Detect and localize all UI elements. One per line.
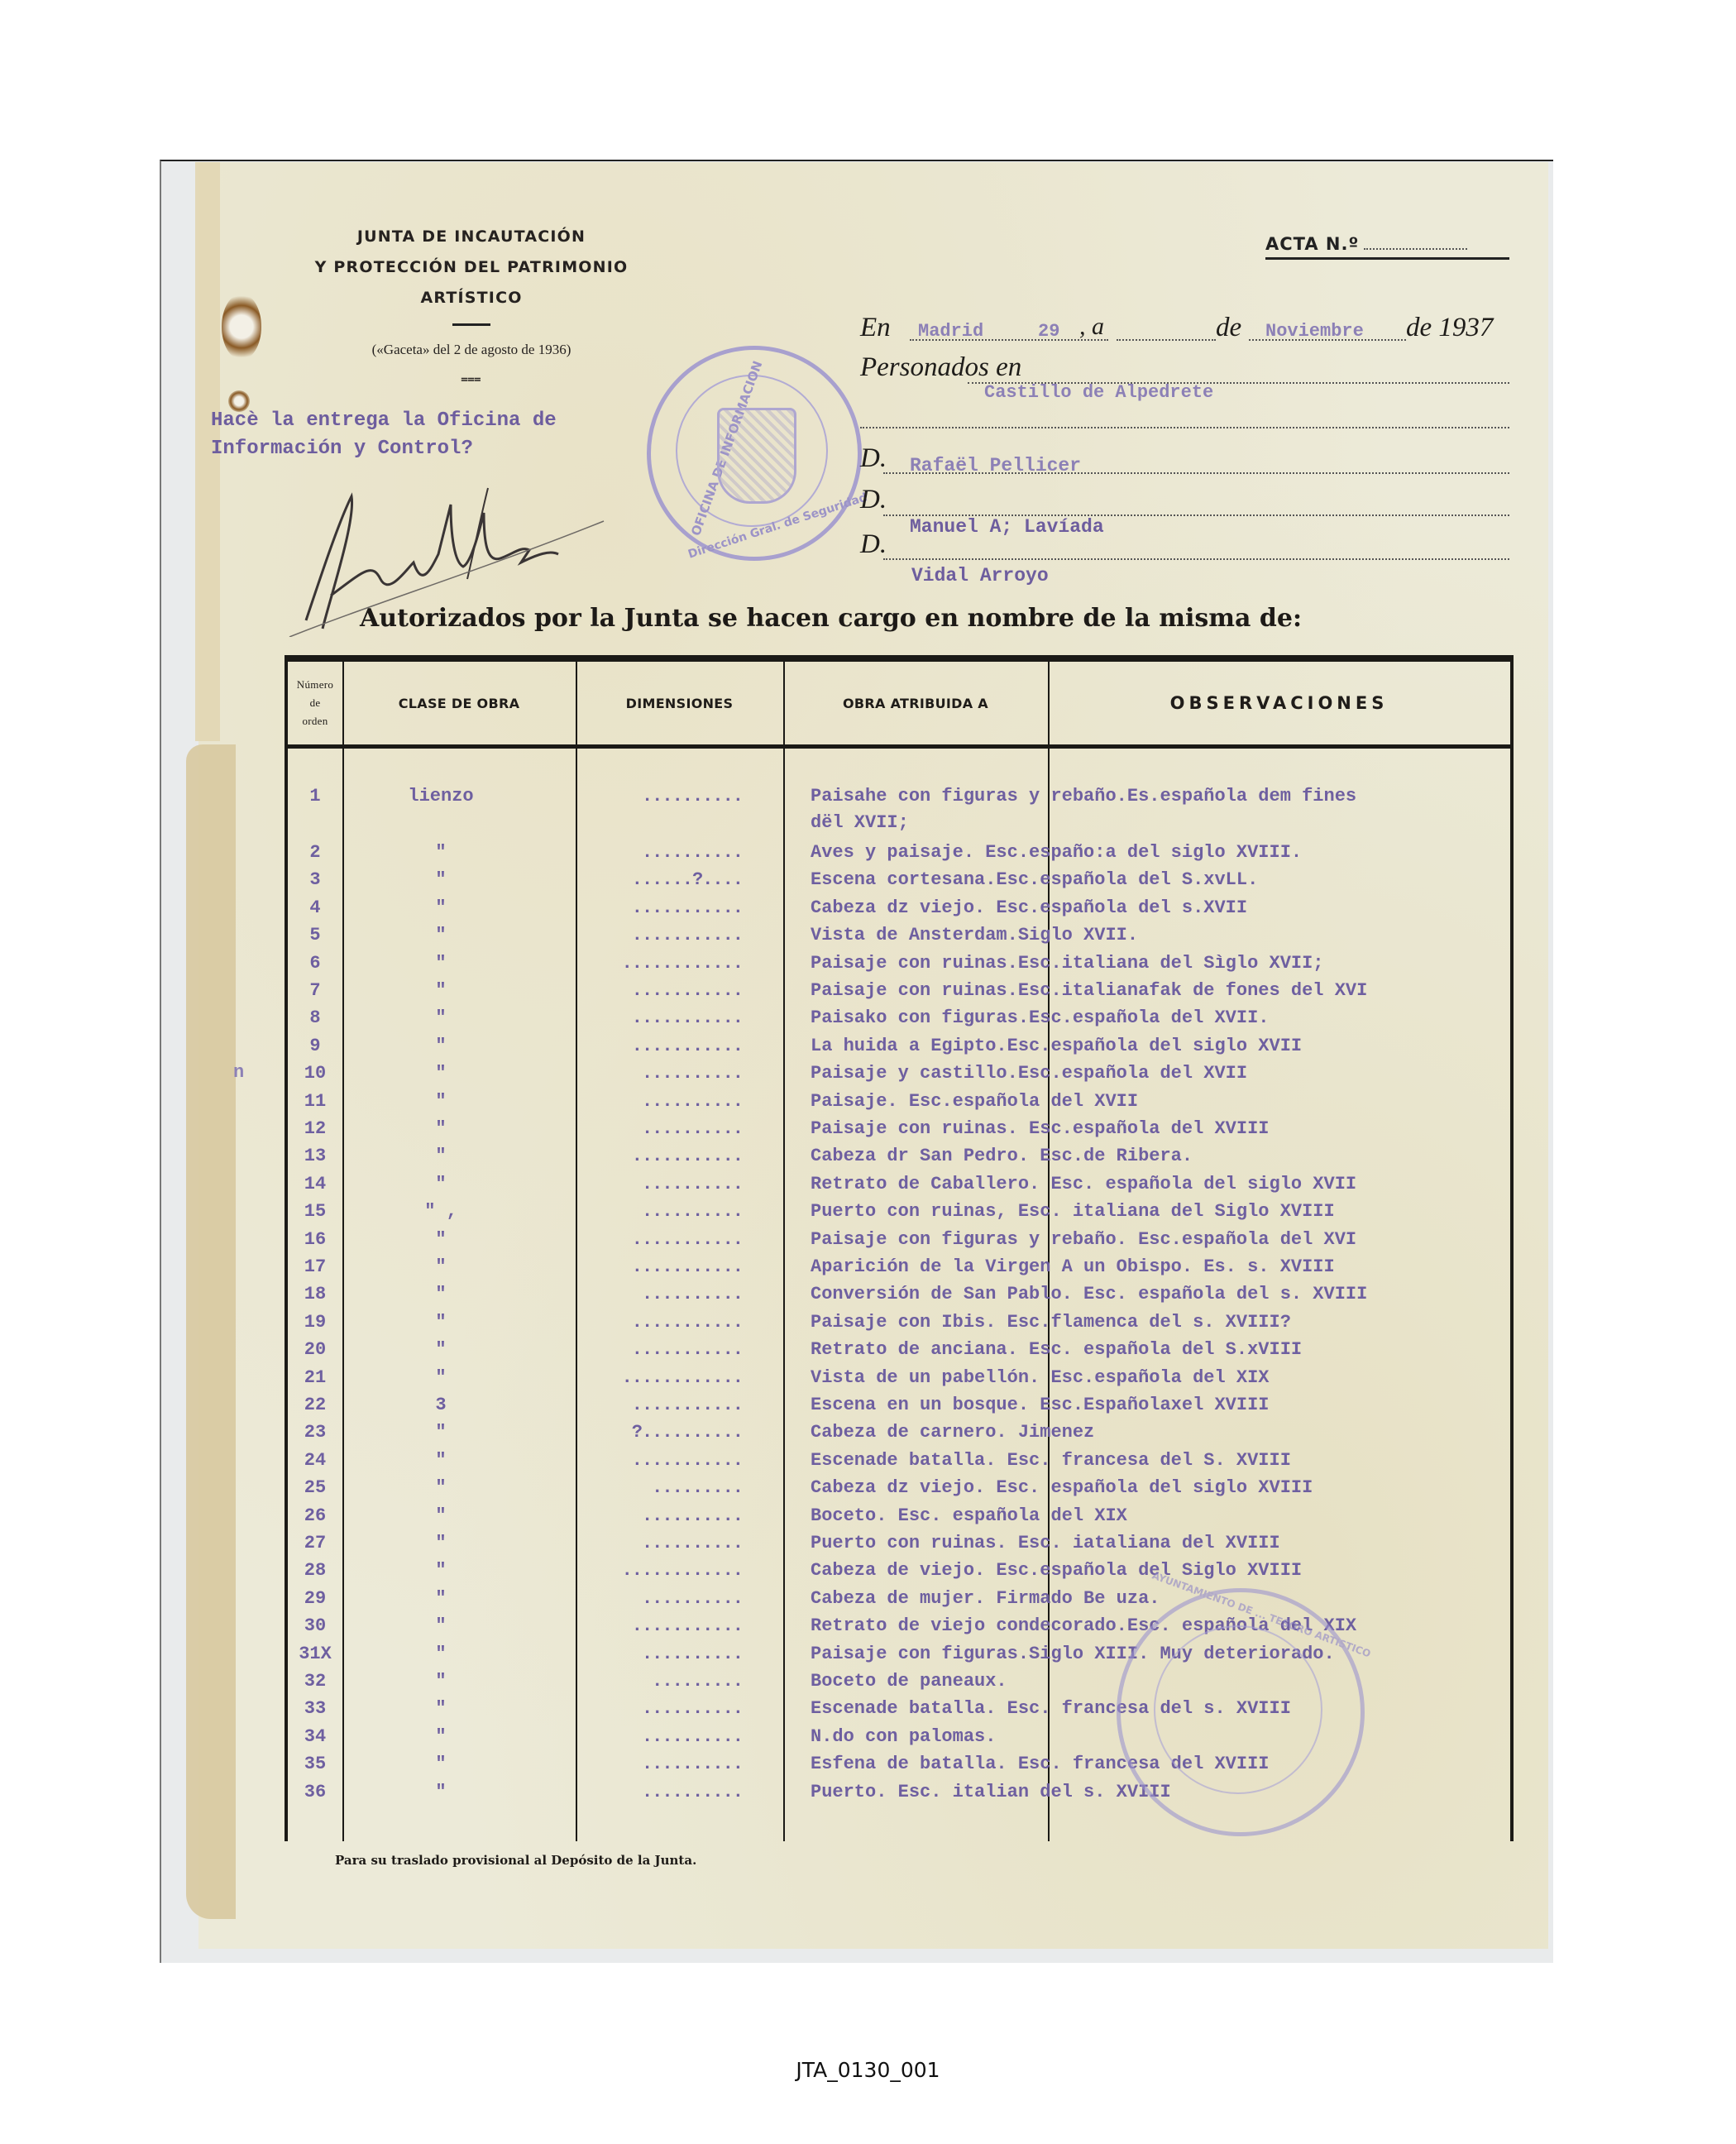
dimensiones: .........	[561, 1671, 743, 1692]
clase-de-obra: "	[346, 1367, 536, 1388]
clase-de-obra: "	[346, 1588, 536, 1609]
city-value: Madrid	[918, 321, 983, 342]
delivery-note: Hacè la entrega la Oficina de Informació…	[211, 407, 557, 463]
header-divider	[452, 323, 490, 326]
obra-atribuida: Cabeza dz viejo. Esc.española del s.XVII	[811, 897, 1505, 918]
row-number: 32	[288, 1671, 342, 1692]
column-divider-1	[342, 662, 344, 1841]
month-value: Noviembre	[1265, 321, 1364, 342]
obra-atribuida: Cabeza dr San Pedro. Esc.de Ribera.	[811, 1146, 1505, 1166]
person-1-prefix: D.	[860, 443, 887, 474]
clase-de-obra: "	[346, 953, 536, 974]
row-number: 36	[288, 1782, 342, 1802]
org-line-1: JUNTA DE INCAUTACIÓN	[273, 222, 670, 252]
person-1-name: Rafaël Pellicer	[910, 455, 1081, 476]
footer-note: Para su traslado provisional al Depósito…	[335, 1853, 696, 1868]
clase-de-obra: "	[346, 1256, 536, 1277]
row-number: 13	[288, 1146, 342, 1166]
dimensiones: ?..........	[561, 1422, 743, 1443]
dimensiones: ............	[561, 953, 743, 974]
dimensiones: ..........	[561, 1284, 743, 1304]
row-number: 19	[288, 1312, 342, 1333]
personados-place: Castillo de Alpedrete	[984, 382, 1213, 403]
clase-de-obra: "	[346, 842, 536, 863]
dimensiones: ...........	[561, 1339, 743, 1360]
obra-atribuida: Vista de un pabellón. Esc.española del X…	[811, 1367, 1505, 1388]
dimensiones: ..........	[561, 1644, 743, 1664]
clase-de-obra: "	[346, 925, 536, 945]
row-number: 16	[288, 1229, 342, 1250]
obra-atribuida-continued: dël XVII;	[811, 812, 1505, 833]
row-number: 29	[288, 1588, 342, 1609]
obra-atribuida: Puerto con ruinas, Esc. italiana del Sig…	[811, 1201, 1505, 1222]
obra-atribuida: Paisako con figuras.Esc.española del XVI…	[811, 1007, 1505, 1028]
en-label: En	[860, 313, 891, 343]
a-blank	[1117, 339, 1216, 341]
row-number: 10	[288, 1063, 342, 1084]
row-number: 28	[288, 1560, 342, 1581]
org-line-3: ARTÍSTICO	[273, 283, 670, 313]
row-number: 7	[288, 980, 342, 1001]
obra-atribuida: Aves y paisaje. Esc.españo:a del siglo X…	[811, 842, 1505, 863]
dimensiones: ......?....	[561, 869, 743, 890]
dimensiones: ...........	[561, 980, 743, 1001]
de-label: de	[1216, 313, 1241, 343]
row-number: 8	[288, 1007, 342, 1028]
clase-de-obra: 3	[346, 1395, 536, 1415]
obra-atribuida: Cabeza dz viejo. Esc. española del siglo…	[811, 1477, 1505, 1498]
person-3-name: Vidal Arroyo	[911, 565, 1049, 586]
dimensiones: ..........	[561, 1118, 743, 1139]
year-label: de 1937	[1406, 313, 1493, 343]
row-number: 34	[288, 1726, 342, 1747]
row-number: 12	[288, 1118, 342, 1139]
clase-de-obra: "	[346, 1450, 536, 1471]
torn-paper-edge	[186, 744, 236, 1919]
clase-de-obra: "	[346, 1698, 536, 1719]
obra-atribuida: Conversión de San Pablo. Esc. española d…	[811, 1284, 1505, 1304]
clase-de-obra: "	[346, 1229, 536, 1250]
obra-atribuida: Retrato de Caballero. Esc. española del …	[811, 1174, 1505, 1194]
acta-number-field: ACTA N.º	[1265, 234, 1509, 260]
clase-de-obra: "	[346, 1339, 536, 1360]
column-divider-2	[576, 662, 577, 1841]
dimensiones: ..........	[561, 1698, 743, 1719]
dimensiones: ..........	[561, 1754, 743, 1774]
clase-de-obra: "	[346, 1174, 536, 1194]
personados-blank-2	[860, 427, 1509, 428]
clase-de-obra: "	[346, 1726, 536, 1747]
row-number: 20	[288, 1339, 342, 1360]
obra-atribuida: Paisahe con figuras y rebaño.Es.española…	[811, 786, 1505, 806]
burn-hole-1	[222, 294, 261, 360]
header-obra-atribuida: OBRA ATRIBUIDA A	[783, 662, 1048, 744]
row-number: 25	[288, 1477, 342, 1498]
row-number: 21	[288, 1367, 342, 1388]
clase-de-obra: "	[346, 897, 536, 918]
clase-de-obra: "	[346, 1312, 536, 1333]
dimensiones: ...........	[561, 1229, 743, 1250]
acta-label: ACTA N.º	[1265, 234, 1359, 254]
margin-mark: n	[233, 1062, 244, 1083]
person-2-prefix: D.	[860, 485, 887, 515]
obra-atribuida: Paisaje y castillo.Esc.española del XVII	[811, 1063, 1505, 1084]
clase-de-obra: "	[346, 1533, 536, 1553]
obra-atribuida: Escena cortesana.Esc.española del S.xvLL…	[811, 869, 1505, 890]
dimensiones: ...........	[561, 1615, 743, 1636]
clase-de-obra: "	[346, 1615, 536, 1636]
clase-de-obra: "	[346, 980, 536, 1001]
obra-atribuida: Paisaje. Esc.española del XVII	[811, 1091, 1505, 1112]
dimensiones: ..........	[561, 1091, 743, 1112]
obra-atribuida: Escenade batalla. Esc. francesa del S. X…	[811, 1450, 1505, 1471]
row-number: 22	[288, 1395, 342, 1415]
gaceta-reference: («Gaceta» del 2 de agosto de 1936)	[273, 334, 670, 365]
day-value: 29	[1038, 321, 1059, 342]
stamp-inner-ring	[1154, 1625, 1322, 1794]
dimensiones: ..........	[561, 786, 743, 806]
dimensiones: ...........	[561, 1395, 743, 1415]
clase-de-obra: "	[346, 1091, 536, 1112]
row-number: 15	[288, 1201, 342, 1222]
obra-atribuida: Vista de Ansterdam.Siglo XVII.	[811, 925, 1505, 945]
clase-de-obra: "	[346, 1422, 536, 1443]
obra-atribuida: Retrato de anciana. Esc. española del S.…	[811, 1339, 1505, 1360]
obra-atribuida: Cabeza de carnero. Jimenez	[811, 1422, 1505, 1443]
delivery-note-line-1: Hacè la entrega la Oficina de	[211, 407, 557, 435]
clase-de-obra: "	[346, 1560, 536, 1581]
dimensiones: ..........	[561, 842, 743, 863]
org-line-2: Y PROTECCIÓN DEL PATRIMONIO	[273, 252, 670, 283]
dimensiones: ..........	[561, 1505, 743, 1526]
organization-header: JUNTA DE INCAUTACIÓN Y PROTECCIÓN DEL PA…	[273, 222, 670, 388]
dimensiones: ...........	[561, 1146, 743, 1166]
official-stamp-tesoro-artistico: AYUNTAMIENTO DE ... TESORO ARTISTICO	[1117, 1588, 1365, 1836]
dimensiones: ...........	[561, 897, 743, 918]
person-3-blank	[883, 558, 1509, 560]
obra-atribuida: Aparición de la Virgen A un Obispo. Es. …	[811, 1256, 1505, 1277]
official-stamp-oficina-informacion: OFICINA DE INFORMACION Dirección Gral. d…	[647, 346, 862, 561]
row-number: 33	[288, 1698, 342, 1719]
header-numero-orden: Número de orden	[288, 662, 342, 744]
clase-de-obra: "	[346, 1505, 536, 1526]
row-number: 27	[288, 1533, 342, 1553]
row-number: 17	[288, 1256, 342, 1277]
header-dimensiones: DIMENSIONES	[576, 662, 783, 744]
dimensiones: ..........	[561, 1588, 743, 1609]
row-number: 35	[288, 1754, 342, 1774]
acta-number-blank	[1364, 248, 1467, 250]
obra-atribuida: Puerto con ruinas. Esc. iataliana del XV…	[811, 1533, 1505, 1553]
coat-of-arms-icon	[717, 408, 796, 504]
row-number: 14	[288, 1174, 342, 1194]
dimensiones: ..........	[561, 1063, 743, 1084]
clase-de-obra: lienzo	[346, 786, 536, 806]
clase-de-obra: "	[346, 1036, 536, 1056]
row-number: 9	[288, 1036, 342, 1056]
obra-atribuida: Cabeza de mujer. Firmado Be uza.	[811, 1588, 1505, 1609]
obra-atribuida: Paisaje con ruinas. Esc.española del XVI…	[811, 1118, 1505, 1139]
column-divider-3	[783, 662, 785, 1841]
obra-atribuida: Paisaje con ruinas.Esc.italiana del Sìgl…	[811, 953, 1505, 974]
delivery-note-line-2: Información y Control?	[211, 435, 557, 463]
dimensiones: ..........	[561, 1726, 743, 1747]
row-number: 30	[288, 1615, 342, 1636]
clase-de-obra: "	[346, 1284, 536, 1304]
row-number: 2	[288, 842, 342, 863]
clase-de-obra: "	[346, 1671, 536, 1692]
dimensiones: ............	[561, 1367, 743, 1388]
row-number: 23	[288, 1422, 342, 1443]
clase-de-obra: "	[346, 1644, 536, 1664]
dimensiones: ............	[561, 1560, 743, 1581]
clase-de-obra: "	[346, 1118, 536, 1139]
dimensiones: ..........	[561, 1174, 743, 1194]
dimensiones: ...........	[561, 925, 743, 945]
dimensiones: ..........	[561, 1782, 743, 1802]
row-number: 24	[288, 1450, 342, 1471]
header-observaciones: OBSERVACIONES	[1048, 662, 1510, 744]
dimensiones: ...........	[561, 1450, 743, 1471]
row-number: 4	[288, 897, 342, 918]
clase-de-obra: "	[346, 869, 536, 890]
row-number: 6	[288, 953, 342, 974]
clase-de-obra: "	[346, 1782, 536, 1802]
obra-atribuida: Paisaje con figuras y rebaño. Esc.españo…	[811, 1229, 1505, 1250]
clase-de-obra: "	[346, 1007, 536, 1028]
authorization-heading: Autorizados por la Junta se hacen cargo …	[360, 604, 1302, 633]
obra-atribuida: Escena en un bosque. Esc.Españolaxel XVI…	[811, 1395, 1505, 1415]
obra-atribuida: Paisaje con ruinas.Esc.italianafak de fo…	[811, 980, 1505, 1001]
obra-atribuida: La huida a Egipto.Esc.española del siglo…	[811, 1036, 1505, 1056]
row-number: 3	[288, 869, 342, 890]
dimensiones: ...........	[561, 1036, 743, 1056]
dimensiones: ..........	[561, 1201, 743, 1222]
obra-atribuida: Boceto. Esc. española del XIX	[811, 1505, 1505, 1526]
clase-de-obra: "	[346, 1477, 536, 1498]
clase-de-obra: "	[346, 1754, 536, 1774]
row-number: 31X	[288, 1644, 342, 1664]
row-number: 18	[288, 1284, 342, 1304]
dimensiones: ..........	[561, 1533, 743, 1553]
row-number: 1	[288, 786, 342, 806]
ornament-icon: ⩶	[273, 370, 670, 388]
row-number: 5	[288, 925, 342, 945]
header-clase-de-obra: CLASE DE OBRA	[342, 662, 576, 744]
dimensiones: ...........	[561, 1256, 743, 1277]
clase-de-obra: "	[346, 1146, 536, 1166]
clase-de-obra: "	[346, 1063, 536, 1084]
dimensiones: .........	[561, 1477, 743, 1498]
personados-label: Personados en	[860, 352, 1021, 383]
a-label: , a	[1079, 313, 1104, 341]
dimensiones: ...........	[561, 1007, 743, 1028]
dimensiones: ...........	[561, 1312, 743, 1333]
column-divider-4	[1048, 662, 1050, 1841]
row-number: 11	[288, 1091, 342, 1112]
person-2-name: Manuel A; Lavíada	[910, 516, 1104, 538]
person-3-prefix: D.	[860, 529, 887, 560]
obra-atribuida: Paisaje con Ibis. Esc.flamenca del s. XV…	[811, 1312, 1505, 1333]
clase-de-obra: " ,	[346, 1201, 536, 1222]
row-number: 26	[288, 1505, 342, 1526]
archive-caption: JTA_0130_001	[0, 2058, 1736, 2082]
